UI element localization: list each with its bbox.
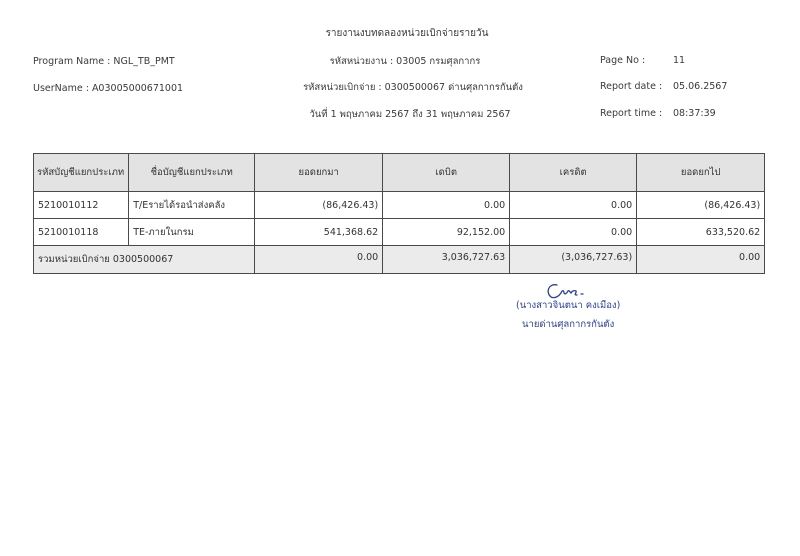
username-label: UserName : [33, 83, 89, 94]
debit: 0.00 [383, 192, 510, 219]
table-row: 5210010118 TE-ภายในกรม 541,368.62 92,152… [34, 219, 765, 246]
col-debit: เดบิต [383, 154, 510, 192]
credit: 0.00 [510, 192, 637, 219]
agency-line: รหัสหน่วยงาน : 03005 กรมศุลกากร [330, 56, 481, 68]
col-account-code: รหัสบัญชีแยกประเภท [34, 154, 129, 192]
signatory-name: (นางสาวจินตนา คงเมือง) [516, 298, 620, 313]
report-title: รายงานงบทดลองหน่วยเบิกจ่ายรายวัน [326, 28, 489, 40]
account-name: TE-ภายในกรม [129, 219, 255, 246]
report-time-value: 08:37:39 [673, 108, 716, 120]
page-no-value: 11 [673, 55, 685, 67]
credit: 0.00 [510, 219, 637, 246]
signature-block: (นางสาวจินตนา คงเมือง) นายด่านศุลกากรกัน… [490, 282, 640, 336]
brought-forward: 541,368.62 [255, 219, 383, 246]
signatory-position: นายด่านศุลกากรกันตัง [522, 317, 614, 332]
program-name: Program Name : NGL_TB_PMT [33, 56, 175, 68]
username-value: A03005000671001 [92, 83, 183, 94]
col-carried-forward: ยอดยกไป [637, 154, 765, 192]
account-code: 5210010118 [34, 219, 129, 246]
page-no-label: Page No : [600, 55, 645, 67]
total-carried-forward: 0.00 [637, 246, 765, 274]
col-brought-forward: ยอดยกมา [255, 154, 383, 192]
disbursement-unit-line: รหัสหน่วยเบิกจ่าย : 0300500067 ด่านศุลกา… [303, 82, 523, 94]
date-range-line: วันที่ 1 พฤษภาคม 2567 ถึง 31 พฤษภาคม 256… [309, 109, 510, 121]
total-brought-forward: 0.00 [255, 246, 383, 274]
total-debit: 3,036,727.63 [383, 246, 510, 274]
total-label: รวมหน่วยเบิกจ่าย 0300500067 [34, 246, 255, 274]
program-name-label: Program Name : [33, 56, 110, 67]
carried-forward: 633,520.62 [637, 219, 765, 246]
report-time-label: Report time : [600, 108, 662, 120]
col-account-name: ชื่อบัญชีแยกประเภท [129, 154, 255, 192]
table-row: 5210010112 T/Eรายได้รอนำส่งคลัง (86,426.… [34, 192, 765, 219]
account-code: 5210010112 [34, 192, 129, 219]
table-header-row: รหัสบัญชีแยกประเภท ชื่อบัญชีแยกประเภท ยอ… [34, 154, 765, 192]
total-row: รวมหน่วยเบิกจ่าย 0300500067 0.00 3,036,7… [34, 246, 765, 274]
debit: 92,152.00 [383, 219, 510, 246]
carried-forward: (86,426.43) [637, 192, 765, 219]
username: UserName : A03005000671001 [33, 83, 183, 95]
brought-forward: (86,426.43) [255, 192, 383, 219]
report-date-value: 05.06.2567 [673, 81, 727, 93]
trial-balance-table: รหัสบัญชีแยกประเภท ชื่อบัญชีแยกประเภท ยอ… [33, 153, 765, 274]
report-date-label: Report date : [600, 81, 662, 93]
program-name-value: NGL_TB_PMT [113, 56, 174, 67]
account-name: T/Eรายได้รอนำส่งคลัง [129, 192, 255, 219]
total-credit: (3,036,727.63) [510, 246, 637, 274]
col-credit: เครดิต [510, 154, 637, 192]
